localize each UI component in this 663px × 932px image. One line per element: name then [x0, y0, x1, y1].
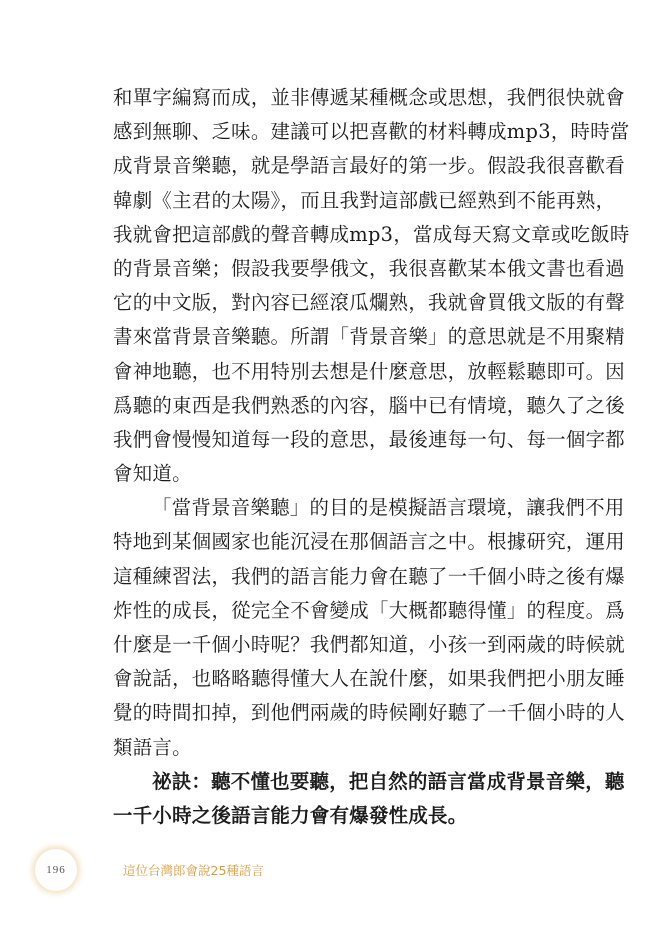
text-line: 「當背景音樂聽」的目的是模擬語言環境，讓我們不用 — [113, 491, 553, 525]
paragraph-2: 「當背景音樂聽」的目的是模擬語言環境，讓我們不用 特地到某個國家也能沉浸在那個語… — [113, 491, 553, 765]
text-line: 這種練習法，我們的語言能力會在聽了一千個小時之後有爆 — [113, 560, 553, 594]
text-line: 會知道。 — [113, 457, 553, 491]
text-line: 爲聽的東西是我們熟悉的內容，腦中已有情境，聽久了之後 — [113, 389, 553, 423]
text-line: 什麼是一千個小時呢？我們都知道，小孩一到兩歲的時候就 — [113, 628, 553, 662]
text-line: 炸性的成長，從完全不會變成「大概都聽得懂」的程度。爲 — [113, 594, 553, 628]
page-body: 和單字編寫而成，並非傳遞某種概念或思想，我們很快就會 感到無聊、乏味。建議可以把… — [113, 81, 553, 833]
page-footer: 196 這位台灣郎會說25種語言 — [32, 846, 432, 898]
tip-line: 祕訣：聽不懂也要聽，把自然的語言當成背景音樂，聽 — [113, 765, 553, 799]
text-line: 我們會慢慢知道每一段的意思，最後連每一句、每一個字都 — [113, 423, 553, 457]
tip-line: 一千小時之後語言能力會有爆發性成長。 — [113, 799, 553, 833]
paragraph-1: 和單字編寫而成，並非傳遞某種概念或思想，我們很快就會 感到無聊、乏味。建議可以把… — [113, 81, 553, 491]
page-number-badge: 196 — [35, 849, 77, 891]
text-line: 特地到某個國家也能沉浸在那個語言之中。根據研究，運用 — [113, 525, 553, 559]
text-line: 成背景音樂聽，就是學語言最好的第一步。假設我很喜歡看 — [113, 149, 553, 183]
text-line: 覺的時間扣掉，到他們兩歲的時候剛好聽了一千個小時的人 — [113, 696, 553, 730]
text-line: 感到無聊、乏味。建議可以把喜歡的材料轉成mp3，時時當 — [113, 115, 553, 149]
text-line: 會說話，也略略聽得懂大人在說什麼，如果我們把小朋友睡 — [113, 662, 553, 696]
text-line: 的背景音樂；假設我要學俄文，我很喜歡某本俄文書也看過 — [113, 252, 553, 286]
text-line: 書來當背景音樂聽。所謂「背景音樂」的意思就是不用聚精 — [113, 320, 553, 354]
text-line: 會神地聽，也不用特別去想是什麼意思，放輕鬆聽即可。因 — [113, 355, 553, 389]
text-line: 和單字編寫而成，並非傳遞某種概念或思想，我們很快就會 — [113, 81, 553, 115]
text-line: 類語言。 — [113, 731, 553, 765]
tip-paragraph: 祕訣：聽不懂也要聽，把自然的語言當成背景音樂，聽 一千小時之後語言能力會有爆發性… — [113, 765, 553, 833]
book-title: 這位台灣郎會說25種語言 — [123, 861, 264, 879]
text-line: 韓劇《主君的太陽》，而且我對這部戲已經熟到不能再熟， — [113, 184, 553, 218]
text-line: 它的中文版，對內容已經滾瓜爛熟，我就會買俄文版的有聲 — [113, 286, 553, 320]
text-line: 我就會把這部戲的聲音轉成mp3，當成每天寫文章或吃飯時 — [113, 218, 553, 252]
